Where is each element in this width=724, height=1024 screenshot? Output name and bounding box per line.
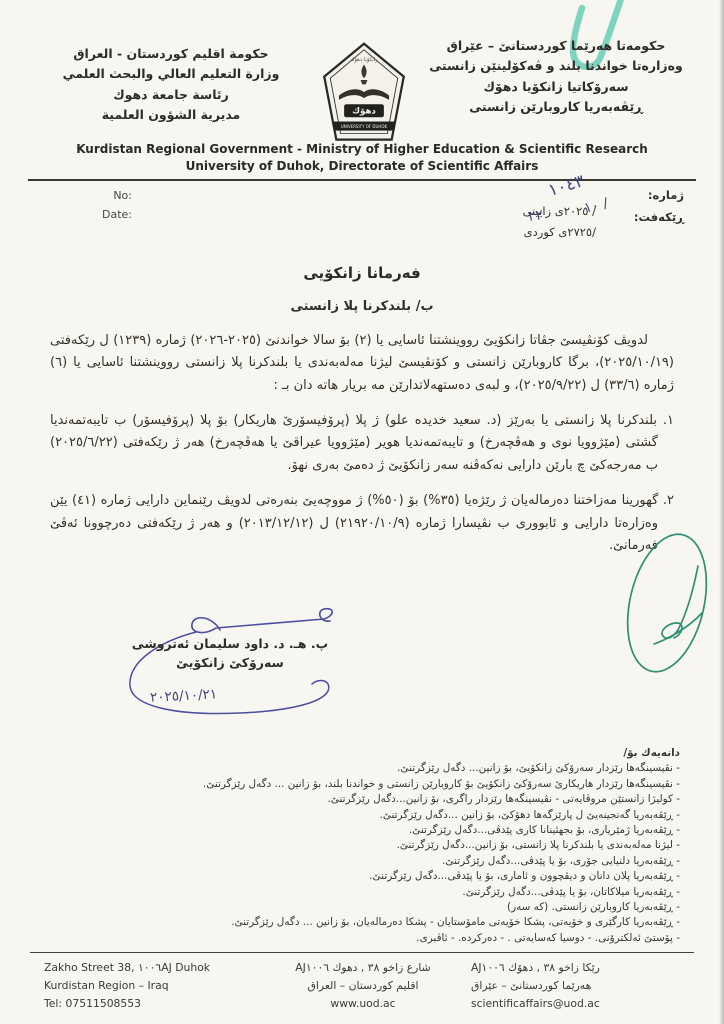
header-kurdish-line: سه‌رۆكاتیا زانكۆیا دهۆك (428, 77, 684, 97)
distribution-item: - ڕێڤه‌به‌ریا كاروبارێن زانستی. (كه سه‌ر… (110, 900, 680, 915)
number-label: ژماره: (634, 184, 684, 206)
header-english: Kurdistan Regional Government - Ministry… (0, 141, 724, 176)
distribution-list: دانه‌یه‌ك بۆ/ - نڤیسینگه‌ها رێزدار سه‌رۆ… (110, 746, 680, 946)
svg-text:زانكۆيا دهۆك: زانكۆيا دهۆك (350, 57, 378, 63)
letter-subject: ب/ بلندكرنا پلا زانستی (0, 299, 724, 314)
handwritten-day: ٢٢ (527, 207, 544, 225)
signatory-name: پ. هـ. د. داود سلیمان ئه‌تروشی (90, 636, 370, 651)
date-label: Date: (88, 205, 132, 224)
handwritten-month: ١٠ / (582, 195, 609, 216)
distribution-item: - كولیژا زانستێن مروڤایه‌تی - نڤیسینگه‌ه… (110, 792, 680, 807)
footer: Zakho Street 38, ١٠٠٦AJ Duhok Kurdistan … (44, 959, 682, 1013)
date-kurdish-label: ڕێكه‌فت: (634, 206, 684, 228)
letter-body: لدویڤ كۆنڤیسێ جڤاتا زانكۆیێ رووینشتنا ئا… (50, 330, 674, 557)
header-arabic-line: مديرية الشؤون العلمية (42, 105, 300, 125)
header-arabic-line: رئاسة جامعة دهوك (42, 85, 300, 105)
footer-kurdish-column: رێكا زاخو ٣٨ , دهۆك AJ١٠٠٦ هه‌رێما كوردس… (471, 959, 682, 1013)
kurdish-year: /٢٧٢٥ی كوردی (523, 222, 596, 243)
footer-arabic-column: شارع زاخو ٣٨ , دهوك AJ١٠٠٦ اقليم كوردستا… (255, 959, 471, 1013)
green-signature-stamp (612, 524, 722, 682)
distribution-item: - ڕێڤه‌به‌ریا كارگێری و خۆیه‌تی، پشكا خۆ… (110, 915, 680, 930)
header-english-line: Kurdistan Regional Government - Ministry… (0, 141, 724, 158)
header-english-line: University of Duhok, Directorate of Scie… (0, 158, 724, 175)
distribution-heading: دانه‌یه‌ك بۆ/ (110, 746, 680, 761)
distribution-item: - ڕێڤه‌به‌ریا ژمێریاری، بۆ بجهئینانا كار… (110, 823, 680, 838)
footer-line: Tel: 07511508553 (44, 995, 255, 1013)
no-label: No: (88, 186, 132, 205)
header-arabic-line: حكومة اقليم كوردستان - العراق (42, 44, 300, 64)
header-kurdish-line: ڕێڤه‌به‌ریا كاروبارێن زانستی (428, 97, 684, 117)
distribution-item: - نڤیسینگه‌ها رێزدار سه‌رۆكێ زانكۆیێ، بۆ… (110, 761, 680, 776)
signature-block: پ. هـ. د. داود سلیمان ئه‌تروشی سه‌رۆكێ ز… (90, 608, 370, 670)
footer-line: اقليم كوردستان – العراق (255, 977, 471, 995)
letter-intro-paragraph: لدویڤ كۆنڤیسێ جڤاتا زانكۆیێ رووینشتنا ئا… (50, 330, 674, 397)
footer-line: رێكا زاخو ٣٨ , دهۆك AJ١٠٠٦ (471, 959, 682, 977)
distribution-item: - پۆستێ ئه‌لكترۆنی. - دوسیا كه‌سایه‌تی .… (110, 931, 680, 946)
university-logo: زانكۆيا دهۆك دهۆك UNIVERSITY OF DUHOK (320, 42, 408, 144)
header-kurdish-line: حكومه‌تا هه‌رێما كوردستانێ – عێراق (428, 36, 684, 56)
distribution-item: - لیژنا مه‌له‌به‌ندی یا بلندكرنا پلا زان… (110, 838, 680, 853)
distribution-item: - ڕێڤه‌به‌ریا پلان دانان و دیڤچوون و ئام… (110, 869, 680, 884)
distribution-item: - ڕێڤه‌به‌ریا دلنیایی جۆری، بۆ یا پێدڤی.… (110, 854, 680, 869)
svg-text:UNIVERSITY OF DUHOK: UNIVERSITY OF DUHOK (341, 124, 388, 129)
footer-divider (30, 952, 694, 953)
letter-item-1: ١. بلندكرنا پلا زانستی یا به‌رێز (د. سعی… (50, 410, 674, 477)
footer-email: scientificaffairs@uod.ac (471, 995, 682, 1013)
header-kurdish: حكومه‌تا هه‌رێما كوردستانێ – عێراق وه‌زا… (428, 36, 684, 117)
header-arabic: حكومة اقليم كوردستان - العراق وزارة التع… (42, 44, 300, 125)
footer-line: Zakho Street 38, ١٠٠٦AJ Duhok (44, 959, 255, 977)
distribution-item: - نڤیسینگه‌ها رێزدار هاریكارێ سه‌رۆكێ زا… (110, 777, 680, 792)
footer-line: شارع زاخو ٣٨ , دهوك AJ١٠٠٦ (255, 959, 471, 977)
letter-item-2: ٢. گهورینا مه‌زاختنا ده‌رماله‌یان ژ رێژه… (50, 490, 674, 557)
footer-line: هه‌رێما كوردستانێ – عێراق (471, 977, 682, 995)
footer-english-column: Zakho Street 38, ١٠٠٦AJ Duhok Kurdistan … (44, 959, 255, 1013)
header-divider (28, 179, 696, 181)
university-of-duhok-emblem-icon: زانكۆيا دهۆك دهۆك UNIVERSITY OF DUHOK (320, 42, 408, 144)
scanned-letter-page: حكومة اقليم كوردستان - العراق وزارة التع… (0, 0, 724, 1024)
header-arabic-line: وزارة التعليم العالي والبحث العلمي (42, 64, 300, 84)
footer-website: www.uod.ac (255, 995, 471, 1013)
distribution-item: - ڕێڤه‌به‌ریا میلاكاتان، بۆ یا پێدڤی...د… (110, 885, 680, 900)
letter-title: فه‌رمانا زانكۆیی (0, 264, 724, 282)
svg-text:دهۆك: دهۆك (352, 107, 376, 117)
distribution-item: - ڕێڤه‌به‌ریا گه‌نجینه‌یێ ل پارێزگه‌ها د… (110, 808, 680, 823)
header-kurdish-line: وه‌زاره‌تا خواندنا بلند و ڤه‌كۆلینێن زان… (428, 56, 684, 76)
reference-kurdish-labels: ژماره: ڕێكه‌فت: (634, 184, 684, 229)
reference-english-labels: No: Date: (88, 186, 132, 225)
footer-line: Kurdistan Region – Iraq (44, 977, 255, 995)
signatory-title: سه‌رۆكێ زانكۆیێ (90, 655, 370, 670)
